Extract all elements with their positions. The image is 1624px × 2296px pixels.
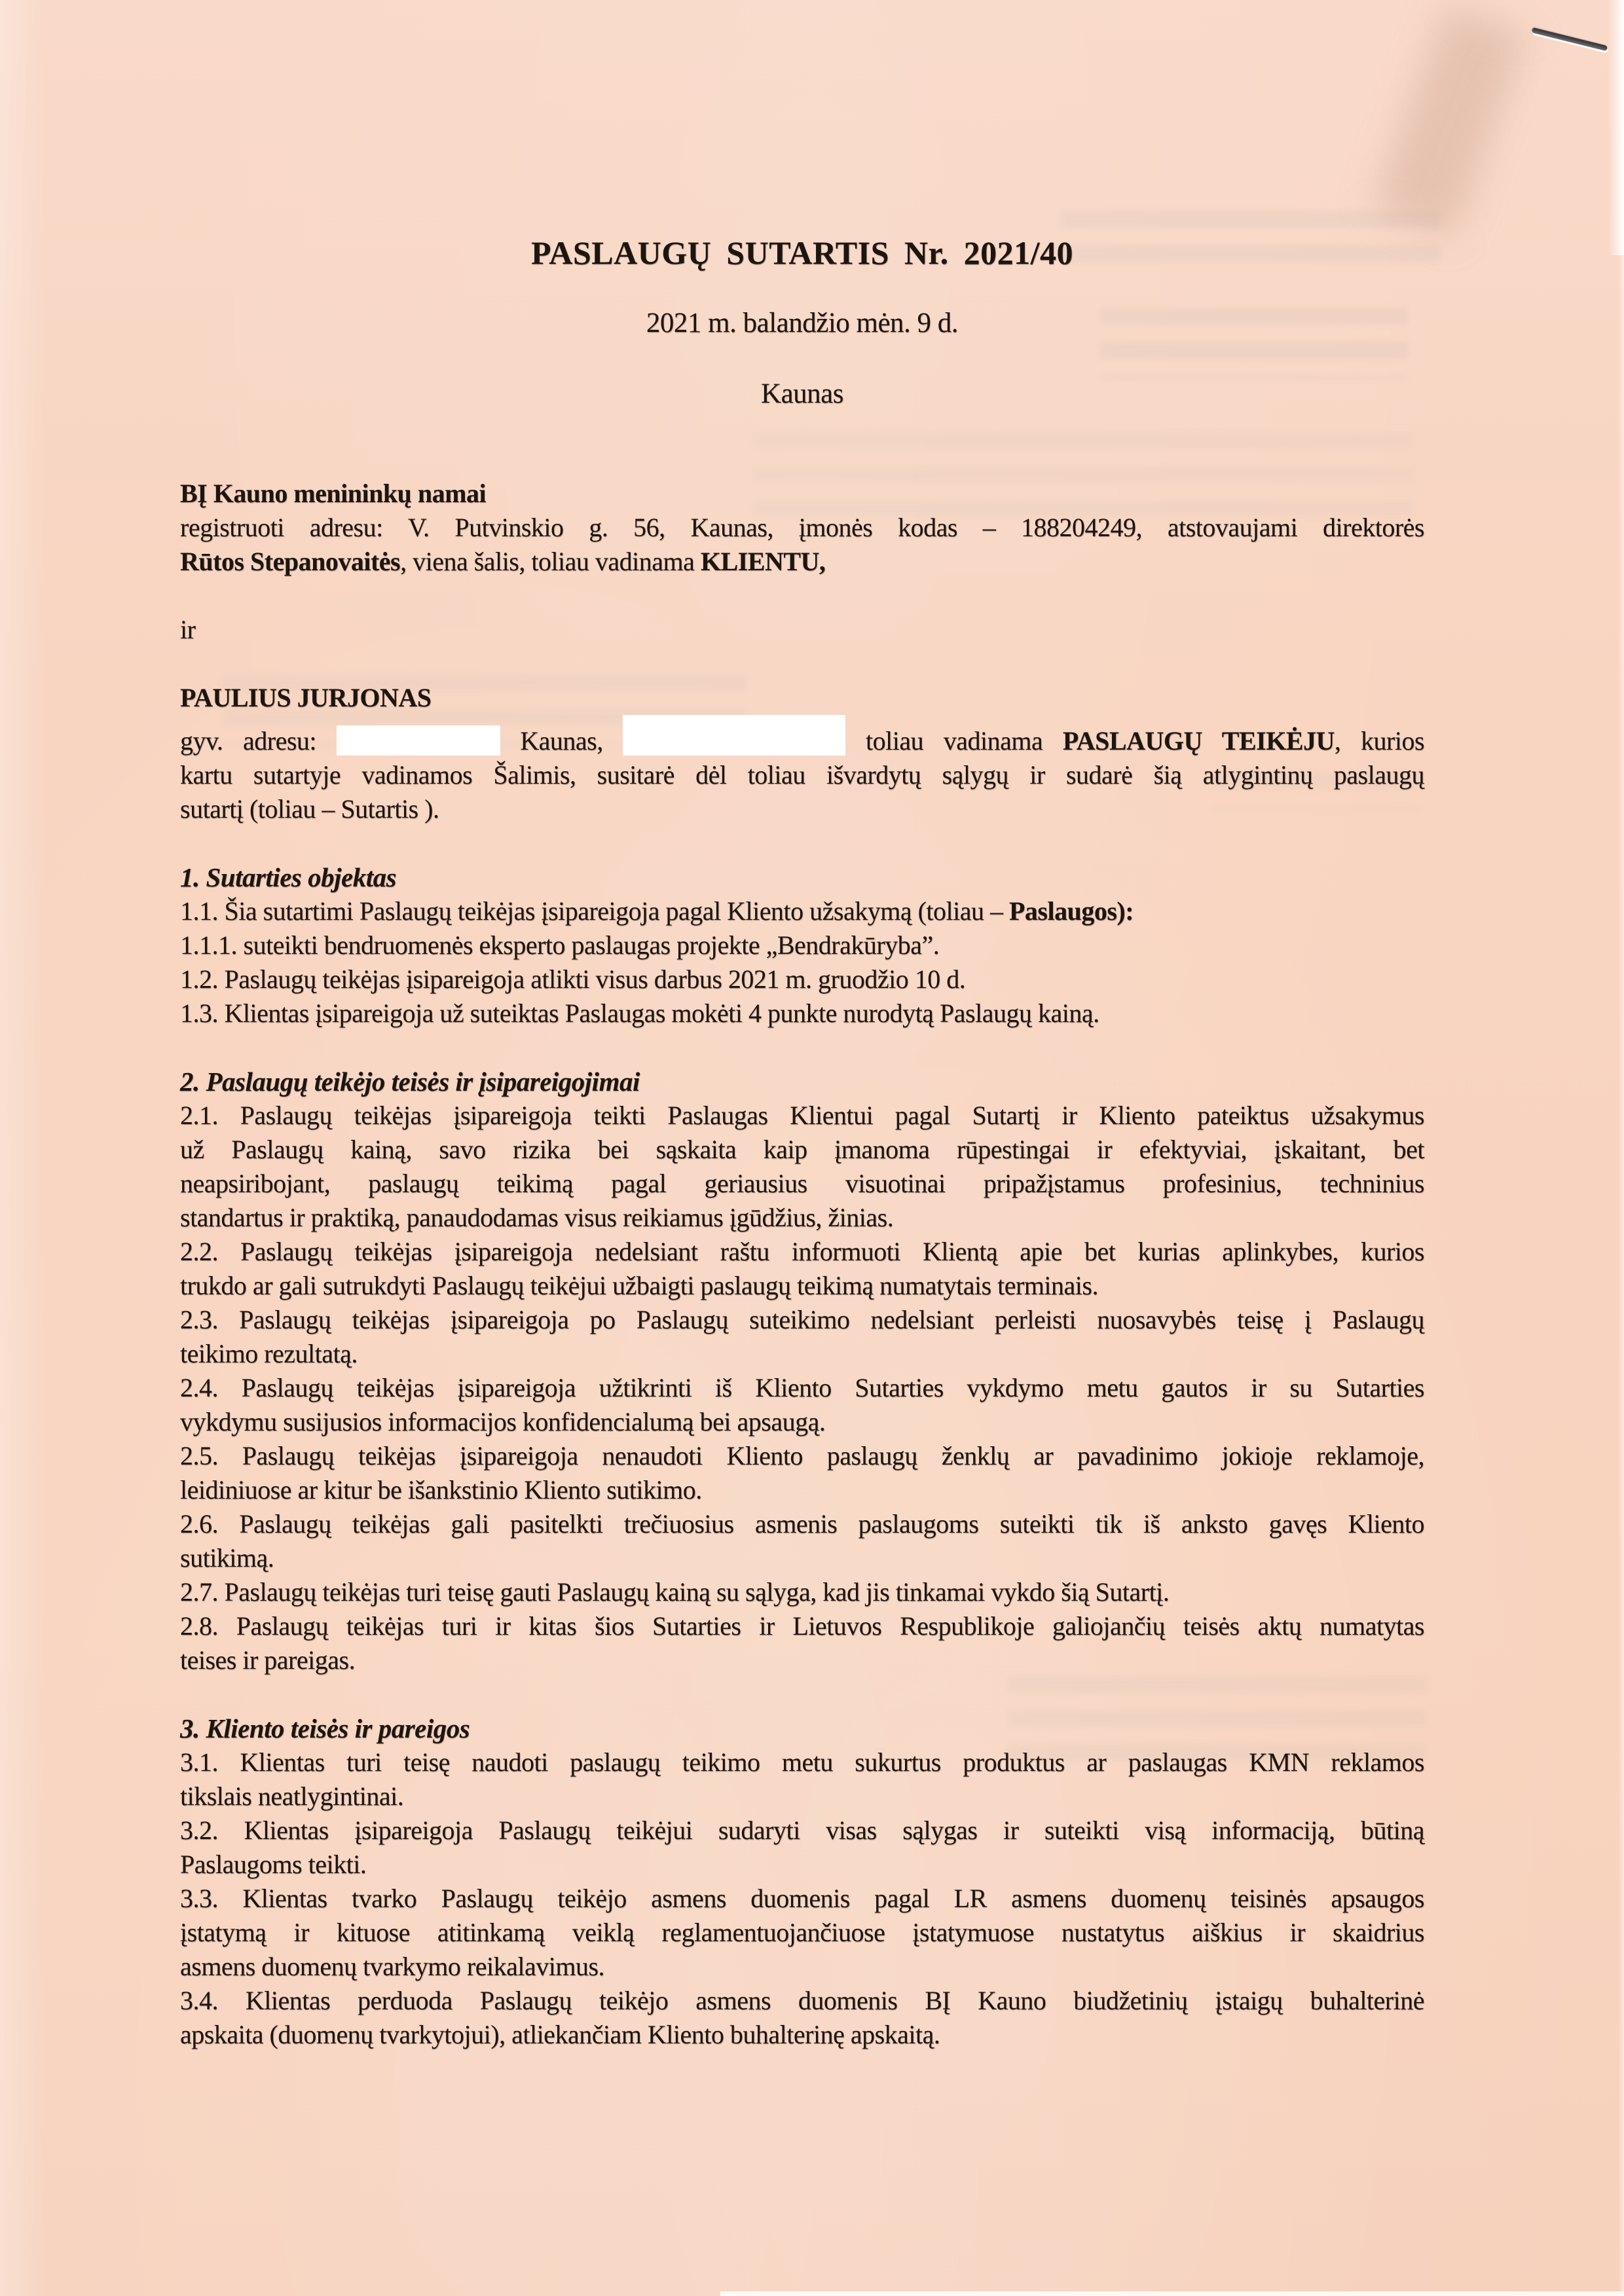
clause-line: vykdymu susijusios informacijos konfiden…	[180, 1405, 1424, 1439]
sections: 1. Sutarties objektas1.1. Šia sutartimi …	[180, 860, 1424, 2052]
clause-line: 2.4. Paslaugų teikėjas įsipareigoja užti…	[180, 1371, 1424, 1405]
clause-line: 2.2. Paslaugų teikėjas įsipareigoja nede…	[180, 1235, 1424, 1269]
clause-text: trukdo ar gali sutrukdyti Paslaugų teikė…	[180, 1271, 1098, 1300]
clause-text: įstatymą ir kituose atitinkamą veiklą re…	[180, 1918, 1424, 1947]
clause-line: 2.5. Paslaugų teikėjas įsipareigoja nena…	[180, 1439, 1424, 1473]
provider-alias-suffix: , kurios	[1335, 726, 1424, 756]
clause-line: įstatymą ir kituose atitinkamą veiklą re…	[180, 1916, 1424, 1950]
clause-line: teikimo rezultatą.	[180, 1337, 1424, 1371]
clause-line: standartus ir praktiką, panaudodamas vis…	[180, 1201, 1424, 1235]
document-place: Kaunas	[180, 377, 1424, 411]
scan-edge	[0, 0, 46, 2296]
provider-address-prefix: gyv. adresu:	[180, 726, 316, 756]
clause-text: 3.4. Klientas perduoda Paslaugų teikėjo …	[180, 1986, 1424, 2015]
clause-text: 2.2. Paslaugų teikėjas įsipareigoja nede…	[180, 1237, 1424, 1266]
clause-line: 3.2. Klientas įsipareigoja Paslaugų teik…	[180, 1813, 1424, 1848]
clause-line: 3.1. Klientas turi teisę naudoti paslaug…	[180, 1745, 1424, 1779]
conjunction: ir	[180, 613, 1424, 647]
redaction-box	[337, 725, 500, 756]
clause-line: 1.1.1. suteikti bendruomenės eksperto pa…	[180, 928, 1424, 962]
clause-text: asmens duomenų tvarkymo reikalavimus.	[180, 1952, 604, 1981]
clause-line: sutikimą.	[180, 1541, 1424, 1575]
clause-line: 1.2. Paslaugų teikėjas įsipareigoja atli…	[180, 962, 1424, 996]
document-title: PASLAUGŲ SUTARTIS Nr. 2021/40	[180, 236, 1424, 270]
contract-section-1: 1. Sutarties objektas1.1. Šia sutartimi …	[180, 860, 1424, 1030]
provider-line3: sutartį (toliau – Sutartis ).	[180, 792, 1424, 826]
section-heading: 3. Kliento teisės ir pareigos	[180, 1711, 1424, 1745]
clause-text: 3.2. Klientas įsipareigoja Paslaugų teik…	[180, 1815, 1424, 1845]
clause-text: leidiniuose ar kitur be išankstinio Klie…	[180, 1475, 702, 1504]
clause-line: asmens duomenų tvarkymo reikalavimus.	[180, 1950, 1424, 1984]
clause-text: teises ir pareigas.	[180, 1645, 355, 1675]
clause-text: už Paslaugų kainą, savo rizika bei sąska…	[180, 1135, 1424, 1164]
clause-line: 1.3. Klientas įsipareigoja už suteiktas …	[180, 996, 1424, 1030]
scan-edge	[1618, 0, 1624, 2296]
clause-line: 2.8. Paslaugų teikėjas turi ir kitas šio…	[180, 1609, 1424, 1643]
provider-alias: PASLAUGŲ TEIKĖJU	[1063, 726, 1335, 756]
clause-line: leidiniuose ar kitur be išankstinio Klie…	[180, 1473, 1424, 1507]
clause-text: 2.6. Paslaugų teikėjas gali pasitelkti t…	[180, 1509, 1424, 1539]
clause-text: vykdymu susijusios informacijos konfiden…	[180, 1407, 825, 1436]
clause-line: tikslais neatlygintinai.	[180, 1779, 1424, 1813]
clause-text: 2.3. Paslaugų teikėjas įsipareigoja po P…	[180, 1305, 1424, 1334]
contract-section-2: 2. Paslaugų teikėjo teisės ir įsipareigo…	[180, 1065, 1424, 1677]
clause-line: apskaita (duomenų tvarkytojui), atliekan…	[180, 2018, 1424, 2052]
provider-line2: kartu sutartyje vadinamos Šalimis, susit…	[180, 758, 1424, 792]
provider-alias-prefix: toliau vadinama	[866, 726, 1043, 756]
clause-text: teikimo rezultatą.	[180, 1339, 358, 1368]
section-heading: 2. Paslaugų teikėjo teisės ir įsipareigo…	[180, 1065, 1424, 1099]
clause-text: Paslaugoms teikti.	[180, 1850, 366, 1879]
clause-text: neapsiribojant, paslaugų teikimą pagal g…	[180, 1169, 1424, 1198]
staple-mark	[1532, 27, 1608, 51]
clause-line: 3.4. Klientas perduoda Paslaugų teikėjo …	[180, 1984, 1424, 2018]
clause-text: 3.3. Klientas tvarko Paslaugų teikėjo as…	[180, 1884, 1424, 1913]
clause-line: 2.7. Paslaugų teikėjas turi teisę gauti …	[180, 1575, 1424, 1609]
clause-text: 2.5. Paslaugų teikėjas įsipareigoja nena…	[180, 1441, 1424, 1470]
client-director-rest: , viena šalis, toliau vadinama	[400, 547, 701, 576]
clause-line: trukdo ar gali sutrukdyti Paslaugų teikė…	[180, 1269, 1424, 1303]
clause-bold-text: Paslaugos):	[1009, 896, 1134, 926]
clause-text: 2.4. Paslaugų teikėjas įsipareigoja užti…	[180, 1373, 1424, 1402]
clause-line: Paslaugoms teikti.	[180, 1848, 1424, 1882]
client-name: BĮ Kauno menininkų namai	[180, 477, 1424, 511]
scanned-contract-page: PASLAUGŲ SUTARTIS Nr. 2021/40 2021 m. ba…	[0, 0, 1624, 2296]
clause-text: 1.1.1. suteikti bendruomenės eksperto pa…	[180, 930, 939, 960]
clause-text: 1.1. Šia sutartimi Paslaugų teikėjas įsi…	[180, 896, 1009, 926]
provider-address-line: gyv. adresu: Kaunas, toliau vadinama PAS…	[180, 715, 1424, 758]
clause-line: 2.1. Paslaugų teikėjas įsipareigoja teik…	[180, 1099, 1424, 1133]
clause-line: 2.3. Paslaugų teikėjas įsipareigoja po P…	[180, 1303, 1424, 1337]
clause-text: 2.7. Paslaugų teikėjas turi teisę gauti …	[180, 1577, 1169, 1607]
client-alias: KLIENTU,	[701, 547, 826, 576]
clause-text: 1.3. Klientas įsipareigoja už suteiktas …	[180, 998, 1099, 1028]
contract-body: PASLAUGŲ SUTARTIS Nr. 2021/40 2021 m. ba…	[180, 236, 1424, 2052]
clause-text: apskaita (duomenų tvarkytojui), atliekan…	[180, 2020, 940, 2049]
clause-line: teises ir pareigas.	[180, 1643, 1424, 1677]
section-heading: 1. Sutarties objektas	[180, 860, 1424, 894]
provider-name: PAULIUS JURJONAS	[180, 681, 1424, 715]
client-address-line: registruoti adresu: V. Putvinskio g. 56,…	[180, 511, 1424, 545]
client-party-block: BĮ Kauno menininkų namai registruoti adr…	[180, 477, 1424, 579]
clause-text: 2.1. Paslaugų teikėjas įsipareigoja teik…	[180, 1101, 1424, 1130]
clause-text: 2.8. Paslaugų teikėjas turi ir kitas šio…	[180, 1611, 1424, 1641]
page-corner-shadow	[1373, 5, 1527, 238]
clause-text: standartus ir praktiką, panaudodamas vis…	[180, 1203, 893, 1232]
clause-line: už Paslaugų kainą, savo rizika bei sąska…	[180, 1133, 1424, 1167]
clause-line: 1.1. Šia sutartimi Paslaugų teikėjas įsi…	[180, 894, 1424, 928]
client-director-name: Rūtos Stepanovaitės	[180, 547, 400, 576]
document-date: 2021 m. balandžio mėn. 9 d.	[180, 306, 1424, 340]
clause-line: 3.3. Klientas tvarko Paslaugų teikėjo as…	[180, 1882, 1424, 1916]
contract-section-3: 3. Kliento teisės ir pareigos3.1. Klient…	[180, 1711, 1424, 2052]
clause-text: sutikimą.	[180, 1543, 274, 1573]
clause-text: 1.2. Paslaugų teikėjas įsipareigoja atli…	[180, 964, 965, 994]
client-director-line: Rūtos Stepanovaitės, viena šalis, toliau…	[180, 545, 1424, 579]
clause-line: neapsiribojant, paslaugų teikimą pagal g…	[180, 1167, 1424, 1201]
provider-party-block: PAULIUS JURJONAS gyv. adresu: Kaunas, to…	[180, 681, 1424, 826]
clause-text: tikslais neatlygintinai.	[180, 1781, 403, 1811]
redaction-box	[623, 715, 845, 756]
clause-text: 3.1. Klientas turi teisę naudoti paslaug…	[180, 1747, 1424, 1777]
clause-line: 2.6. Paslaugų teikėjas gali pasitelkti t…	[180, 1507, 1424, 1541]
provider-address-city: Kaunas,	[520, 726, 602, 756]
scan-edge	[720, 2291, 1624, 2296]
scan-edge	[1608, 0, 1624, 255]
